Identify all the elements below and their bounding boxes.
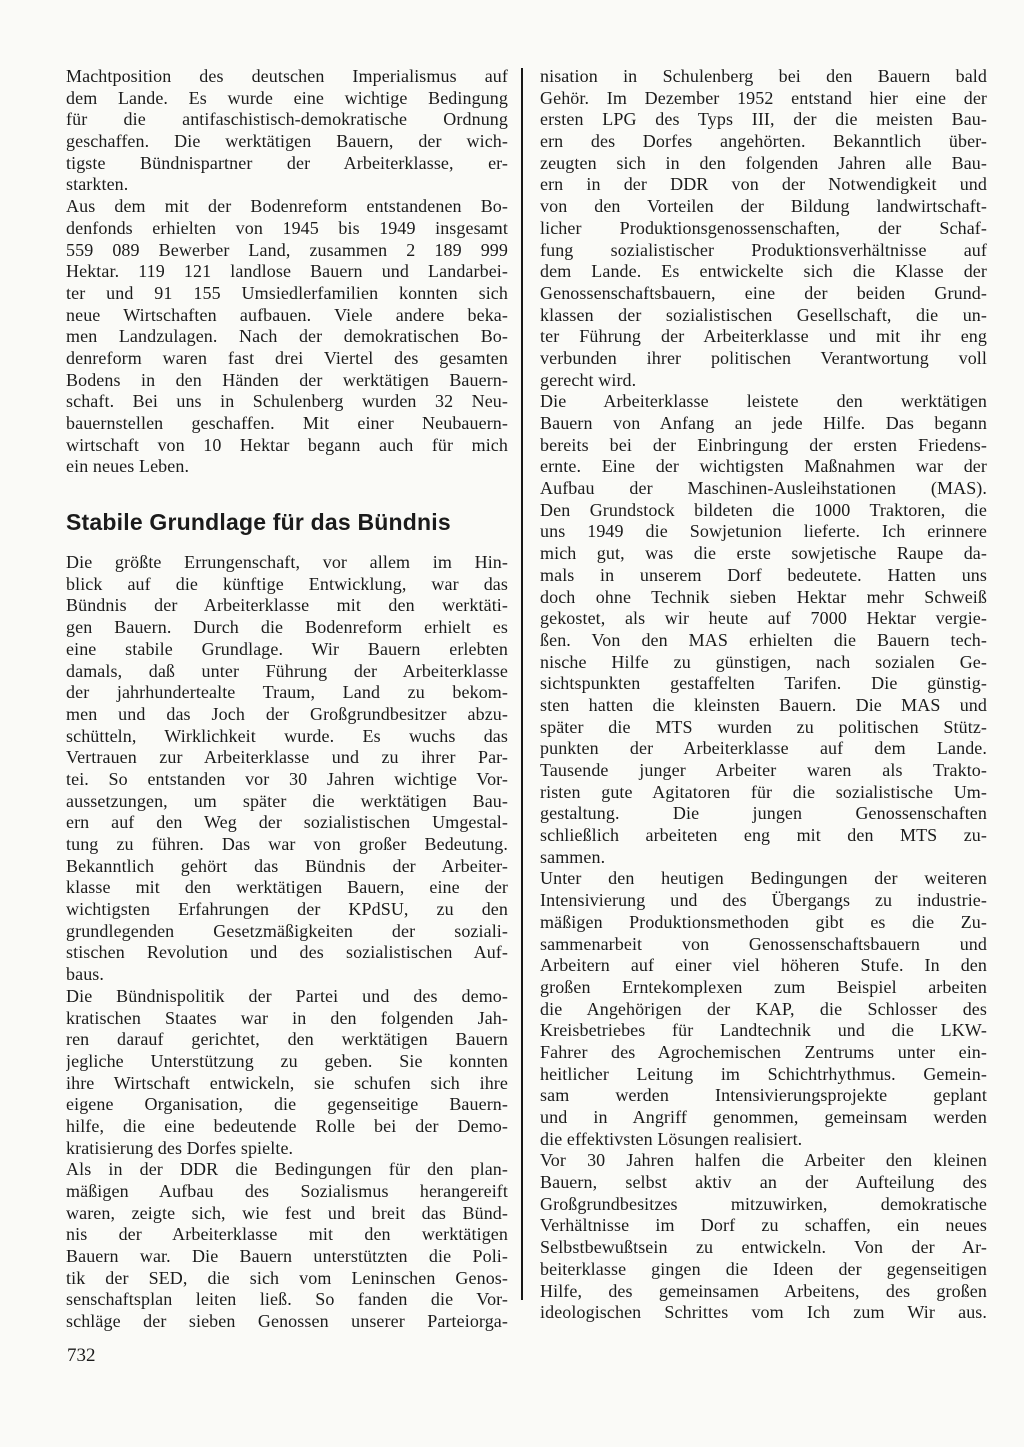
text-line: bereits bei der Einbringung der ersten F… [540,435,987,457]
text-line: ter Führung der Arbeiterklasse und mit i… [540,326,987,348]
text-line: ern in der DDR von der Notwendigkeit und [540,174,987,196]
text-line: verbunden ihrer politischen Verantwortun… [540,348,987,370]
text-line: uns 1949 die Sowjetunion lieferte. Ich e… [540,521,987,543]
text-line: wirtschaft von 10 Hektar begann auch für… [66,435,508,457]
text-line: risten gute Agitatoren für die sozialist… [540,782,987,804]
text-line: Aufbau der Maschinen-Ausleihstationen (M… [540,478,987,500]
text-line: grundlegenden Gesetzmäßigkeiten der sozi… [66,921,508,943]
text-line: fung sozialistischer Produktionsverhältn… [540,240,987,262]
text-line: senschaftsplan leiten ließ. So fanden di… [66,1289,508,1311]
text-line: gekostet, als wir heute auf 7000 Hektar … [540,608,987,630]
text-line: blick auf die künftige Entwicklung, war … [66,574,508,596]
text-line: Bündnis der Arbeiterklasse mit den werkt… [66,595,508,617]
paragraph: Aus dem mit der Bodenreform entstandenen… [66,196,508,478]
paragraph: nisation in Schulenberg bei den Bauern b… [540,66,987,391]
text-line: sammen. [540,847,987,869]
text-line: licher Produktionsgenossenschaften, der … [540,218,987,240]
text-line: schließlich arbeiteten eng mit den MTS z… [540,825,987,847]
text-line: schläge der sieben Genossen unserer Part… [66,1311,508,1333]
paragraph: Vor 30 Jahren halfen die Arbeiter den kl… [540,1150,987,1324]
text-line: jegliche Unterstützung zu geben. Sie kon… [66,1051,508,1073]
paragraph: Die Bündnispolitik der Partei und des de… [66,986,508,1160]
text-line: klassen der sozialistischen Gesellschaft… [540,305,987,327]
text-line: schaft. Bei uns in Schulenberg wurden 32… [66,391,508,413]
text-line: punkten der Arbeiterklasse auf dem Lande… [540,738,987,760]
text-line: tigste Bündnispartner der Arbeiterklasse… [66,153,508,175]
text-line: Bodens in den Händen der werktätigen Bau… [66,370,508,392]
column-divider-rule [521,68,523,1300]
text-line: Die Bündnispolitik der Partei und des de… [66,986,508,1008]
text-line: hilfe, die eine bedeutende Rolle bei der… [66,1116,508,1138]
text-line: ren darauf gerichtet, den werktätigen Ba… [66,1029,508,1051]
text-line: Vertrauen zur Arbeiterklasse und zu ihre… [66,747,508,769]
text-line: eine stabile Grundlage. Wir Bauern erleb… [66,639,508,661]
text-line: gen Bauern. Durch die Bodenreform erhiel… [66,617,508,639]
text-line: ßen. Von den MAS erhielten die Bauern te… [540,630,987,652]
text-line: Intensivierung und des Übergangs zu indu… [540,890,987,912]
text-line: gestaltung. Die jungen Genossenschaften [540,803,987,825]
text-line: denfonds erhielten von 1945 bis 1949 ins… [66,218,508,240]
text-line: Selbstbewußtsein zu entwickeln. Von der … [540,1237,987,1259]
text-line: mäßigen Produktionsmethoden gibt es die … [540,912,987,934]
text-line: Den Grundstock bildeten die 1000 Traktor… [540,500,987,522]
paragraph: Unter den heutigen Bedingungen der weite… [540,868,987,1150]
text-line: nisation in Schulenberg bei den Bauern b… [540,66,987,88]
text-line: starkten. [66,174,508,196]
text-line: dem Lande. Es entwickelte sich die Klass… [540,261,987,283]
text-line: für die antifaschistisch-demokratische O… [66,109,508,131]
section-heading: Stabile Grundlage für das Bündnis [66,509,508,535]
text-line: Unter den heutigen Bedingungen der weite… [540,868,987,890]
text-line: ern des Dorfes angehörten. Bekanntlich ü… [540,131,987,153]
magazine-page: Machtposition des deutschen Imperialismu… [0,0,1024,1447]
text-line: Bauern war. Die Bauern unterstützten die… [66,1246,508,1268]
text-line: zeugten sich in den folgenden Jahren all… [540,153,987,175]
text-line: Bauern von Anfang an jede Hilfe. Das beg… [540,413,987,435]
text-line: Die Arbeiterklasse leistete den werktäti… [540,391,987,413]
text-line: Großgrundbesitzes mitzuwirken, demokrati… [540,1194,987,1216]
text-line: ihre Wirtschaft entwickeln, sie schufen … [66,1073,508,1095]
text-line: bauernstellen geschaffen. Mit einer Neub… [66,413,508,435]
text-line: stischen Revolution und des sozialistisc… [66,942,508,964]
text-line: Verhältnisse im Dorf zu schaffen, ein ne… [540,1215,987,1237]
paragraph: Die Arbeiterklasse leistete den werktäti… [540,391,987,868]
text-line: eigene Organisation, die gegenseitige Ba… [66,1094,508,1116]
text-line: damals, daß unter Führung der Arbeiterkl… [66,661,508,683]
text-line: baus. [66,964,508,986]
text-line: Hektar. 119 121 landlose Bauern und Land… [66,261,508,283]
text-line: die effektivsten Lösungen realisiert. [540,1129,987,1151]
text-line: kratisierung des Dorfes spielte. [66,1138,508,1160]
text-line: Bekanntlich gehört das Bündnis der Arbei… [66,856,508,878]
text-line: mals in unserem Dorf bedeutete. Hatten u… [540,565,987,587]
text-line: großen Erntekomplexen zum Beispiel arbei… [540,977,987,999]
text-line: men und das Joch der Großgrundbesitzer a… [66,704,508,726]
text-line: ernte. Eine der wichtigsten Maßnahmen wa… [540,456,987,478]
text-line: nische Hilfe zu günstigen, nach sozialen… [540,652,987,674]
text-line: später die MTS wurden zu politischen Stü… [540,717,987,739]
text-line: schütteln, Wirklichkeit wurde. Es wuchs … [66,726,508,748]
text-line: tung zu führen. Das war von großer Bedeu… [66,834,508,856]
text-line: Die größte Errungenschaft, vor allem im … [66,552,508,574]
text-line: ersten LPG des Typs III, der die meisten… [540,109,987,131]
text-line: sichtspunkten gestaffelten Tarifen. Die … [540,673,987,695]
text-line: doch ohne Technik sieben Hektar mehr Sch… [540,587,987,609]
text-line: sammenarbeit von Genossenschaftsbauern u… [540,934,987,956]
text-line: aussetzungen, um später die werktätigen … [66,791,508,813]
text-line: ideologischen Schrittes vom Ich zum Wir … [540,1302,987,1324]
text-line: 559 089 Bewerber Land, zusammen 2 189 99… [66,240,508,262]
text-line: Als in der DDR die Bedingungen für den p… [66,1159,508,1181]
page-number: 732 [67,1344,96,1368]
text-line: tik der SED, die sich vom Leninschen Gen… [66,1268,508,1290]
text-line: Genossenschaftsbauern, eine der beiden G… [540,283,987,305]
text-line: ern auf den Weg der sozialistischen Umge… [66,812,508,834]
text-line: ein neues Leben. [66,456,508,478]
text-line: der jahrhundertealte Traum, Land zu beko… [66,682,508,704]
text-line: Arbeitern auf einer viel höheren Stufe. … [540,955,987,977]
text-line: wichtigsten Erfahrungen der KPdSU, zu de… [66,899,508,921]
text-line: Vor 30 Jahren halfen die Arbeiter den kl… [540,1150,987,1172]
text-line: neue Wirtschaften aufbauen. Viele andere… [66,305,508,327]
text-line: Machtposition des deutschen Imperialismu… [66,66,508,88]
paragraph: Die größte Errungenschaft, vor allem im … [66,552,508,986]
text-line: heitlicher Leitung im Schichtrhythmus. G… [540,1064,987,1086]
text-line: tei. So entstanden vor 30 Jahren wichtig… [66,769,508,791]
right-column: nisation in Schulenberg bei den Bauern b… [540,66,987,1324]
text-line: Kreisbetriebes für Landtechnik und die L… [540,1020,987,1042]
text-line: denreform waren fast drei Viertel des ge… [66,348,508,370]
text-line: Tausende junger Arbeiter waren als Trakt… [540,760,987,782]
text-line: gerecht wird. [540,370,987,392]
text-line: sten hatten die kleinsten Bauern. Die MA… [540,695,987,717]
text-line: Hilfe, des gemeinsamen Arbeitens, des gr… [540,1281,987,1303]
text-line: dem Lande. Es wurde eine wichtige Beding… [66,88,508,110]
text-line: und in Angriff genommen, gemeinsam werde… [540,1107,987,1129]
text-line: Fahrer des Agrochemischen Zentrums unter… [540,1042,987,1064]
text-line: klasse mit den werktätigen Bauern, eine … [66,877,508,899]
left-column: Machtposition des deutschen Imperialismu… [66,66,508,1333]
text-line: men Landzulagen. Nach der demokratischen… [66,326,508,348]
text-line: von den Vorteilen der Bildung landwirtsc… [540,196,987,218]
text-line: waren, zeigte sich, wie fest und breit d… [66,1203,508,1225]
text-line: ter und 91 155 Umsiedlerfamilien konnten… [66,283,508,305]
text-line: mäßigen Aufbau des Sozialismus herangere… [66,1181,508,1203]
text-line: geschaffen. Die werktätigen Bauern, der … [66,131,508,153]
text-line: nis der Arbeiterklasse mit den werktätig… [66,1224,508,1246]
text-line: sam werden Intensivierungsprojekte gepla… [540,1085,987,1107]
text-line: kratischen Staates war in den folgenden … [66,1008,508,1030]
text-line: Aus dem mit der Bodenreform entstandenen… [66,196,508,218]
paragraph: Als in der DDR die Bedingungen für den p… [66,1159,508,1333]
text-line: mich gut, was die erste sowjetische Raup… [540,543,987,565]
paragraph: Machtposition des deutschen Imperialismu… [66,66,508,196]
text-line: beiterklasse gingen die Ideen der gegens… [540,1259,987,1281]
text-line: Bauern, selbst aktiv an der Aufteilung d… [540,1172,987,1194]
text-line: Gehör. Im Dezember 1952 entstand hier ei… [540,88,987,110]
text-line: die Angehörigen der KAP, die Schlosser d… [540,999,987,1021]
